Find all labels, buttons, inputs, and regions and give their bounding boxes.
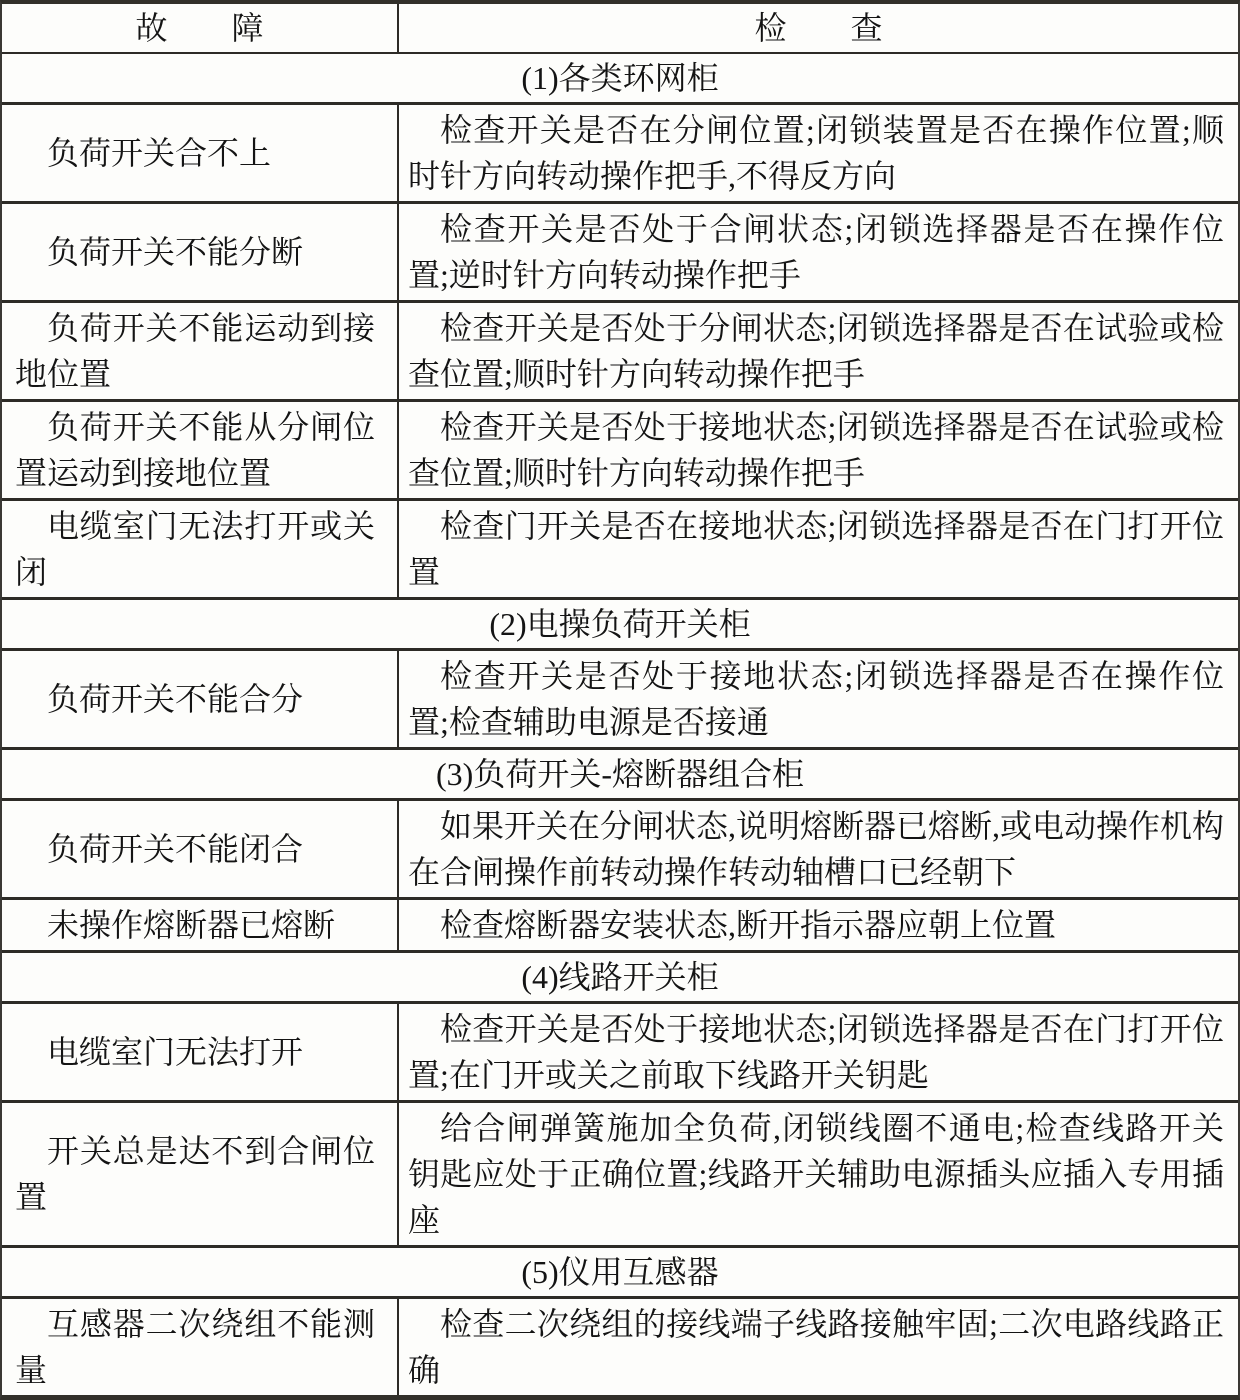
- section-title: (3)负荷开关-熔断器组合柜: [2, 749, 1238, 800]
- check-cell: 给合闸弹簧施加全负荷,闭锁线圈不通电;检查线路开关钥匙应处于正确位置;线路开关辅…: [398, 1102, 1238, 1247]
- fault-column-header: 故 障: [2, 4, 398, 53]
- header-row: 故 障 检 查: [2, 4, 1238, 53]
- check-cell: 检查开关是否处于接地状态;闭锁选择器是否在门打开位置;在门开或关之前取下线路开关…: [398, 1003, 1238, 1102]
- fault-cell: 负荷开关不能从分闸位置运动到接地位置: [2, 401, 398, 500]
- table-row: 负荷开关不能闭合如果开关在分闸状态,说明熔断器已熔断,或电动操作机构在合闸操作前…: [2, 800, 1238, 899]
- section-title-row: (1)各类环网柜: [2, 53, 1238, 104]
- check-cell: 检查开关是否处于接地状态;闭锁选择器是否在试验或检查位置;顺时针方向转动操作把手: [398, 401, 1238, 500]
- section-title: (5)仪用互感器: [2, 1247, 1238, 1298]
- fault-cell: 负荷开关不能运动到接地位置: [2, 302, 398, 401]
- table-body: (1)各类环网柜负荷开关合不上检查开关是否在分闸位置;闭锁装置是否在操作位置;顺…: [2, 53, 1238, 1395]
- fault-cell: 负荷开关不能闭合: [2, 800, 398, 899]
- section-title-row: (4)线路开关柜: [2, 952, 1238, 1003]
- table-row: 负荷开关不能运动到接地位置检查开关是否处于分闸状态;闭锁选择器是否在试验或检查位…: [2, 302, 1238, 401]
- table-row: 负荷开关不能分断检查开关是否处于合闸状态;闭锁选择器是否在操作位置;逆时针方向转…: [2, 203, 1238, 302]
- fault-cell: 互感器二次绕组不能测量: [2, 1298, 398, 1396]
- section-title: (1)各类环网柜: [2, 53, 1238, 104]
- table-row: 负荷开关合不上检查开关是否在分闸位置;闭锁装置是否在操作位置;顺时针方向转动操作…: [2, 104, 1238, 203]
- check-cell: 检查开关是否在分闸位置;闭锁装置是否在操作位置;顺时针方向转动操作把手,不得反方…: [398, 104, 1238, 203]
- check-column-header: 检 查: [398, 4, 1238, 53]
- section-title-row: (3)负荷开关-熔断器组合柜: [2, 749, 1238, 800]
- fault-check-table-frame: 故 障 检 查 (1)各类环网柜负荷开关合不上检查开关是否在分闸位置;闭锁装置是…: [0, 0, 1240, 1400]
- table-row: 未操作熔断器已熔断检查熔断器安装状态,断开指示器应朝上位置: [2, 899, 1238, 952]
- table-row: 电缆室门无法打开检查开关是否处于接地状态;闭锁选择器是否在门打开位置;在门开或关…: [2, 1003, 1238, 1102]
- check-cell: 检查开关是否处于分闸状态;闭锁选择器是否在试验或检查位置;顺时针方向转动操作把手: [398, 302, 1238, 401]
- check-cell: 检查开关是否处于接地状态;闭锁选择器是否在操作位置;检查辅助电源是否接通: [398, 650, 1238, 749]
- table-row: 开关总是达不到合闸位置给合闸弹簧施加全负荷,闭锁线圈不通电;检查线路开关钥匙应处…: [2, 1102, 1238, 1247]
- section-title-row: (5)仪用互感器: [2, 1247, 1238, 1298]
- table-row: 电缆室门无法打开或关闭检查门开关是否在接地状态;闭锁选择器是否在门打开位置: [2, 500, 1238, 599]
- section-title: (2)电操负荷开关柜: [2, 599, 1238, 650]
- fault-cell: 负荷开关不能合分: [2, 650, 398, 749]
- section-title: (4)线路开关柜: [2, 952, 1238, 1003]
- document-page: 故 障 检 查 (1)各类环网柜负荷开关合不上检查开关是否在分闸位置;闭锁装置是…: [0, 0, 1240, 1400]
- table-row: 负荷开关不能从分闸位置运动到接地位置检查开关是否处于接地状态;闭锁选择器是否在试…: [2, 401, 1238, 500]
- fault-cell: 开关总是达不到合闸位置: [2, 1102, 398, 1247]
- table-row: 互感器二次绕组不能测量检查二次绕组的接线端子线路接触牢固;二次电路线路正确: [2, 1298, 1238, 1396]
- fault-check-table: 故 障 检 查 (1)各类环网柜负荷开关合不上检查开关是否在分闸位置;闭锁装置是…: [2, 4, 1238, 1395]
- fault-cell: 未操作熔断器已熔断: [2, 899, 398, 952]
- section-title-row: (2)电操负荷开关柜: [2, 599, 1238, 650]
- check-cell: 如果开关在分闸状态,说明熔断器已熔断,或电动操作机构在合闸操作前转动操作转动轴槽…: [398, 800, 1238, 899]
- fault-cell: 电缆室门无法打开: [2, 1003, 398, 1102]
- fault-cell: 负荷开关不能分断: [2, 203, 398, 302]
- check-cell: 检查门开关是否在接地状态;闭锁选择器是否在门打开位置: [398, 500, 1238, 599]
- check-cell: 检查二次绕组的接线端子线路接触牢固;二次电路线路正确: [398, 1298, 1238, 1396]
- check-cell: 检查熔断器安装状态,断开指示器应朝上位置: [398, 899, 1238, 952]
- fault-cell: 负荷开关合不上: [2, 104, 398, 203]
- check-cell: 检查开关是否处于合闸状态;闭锁选择器是否在操作位置;逆时针方向转动操作把手: [398, 203, 1238, 302]
- table-row: 负荷开关不能合分检查开关是否处于接地状态;闭锁选择器是否在操作位置;检查辅助电源…: [2, 650, 1238, 749]
- fault-cell: 电缆室门无法打开或关闭: [2, 500, 398, 599]
